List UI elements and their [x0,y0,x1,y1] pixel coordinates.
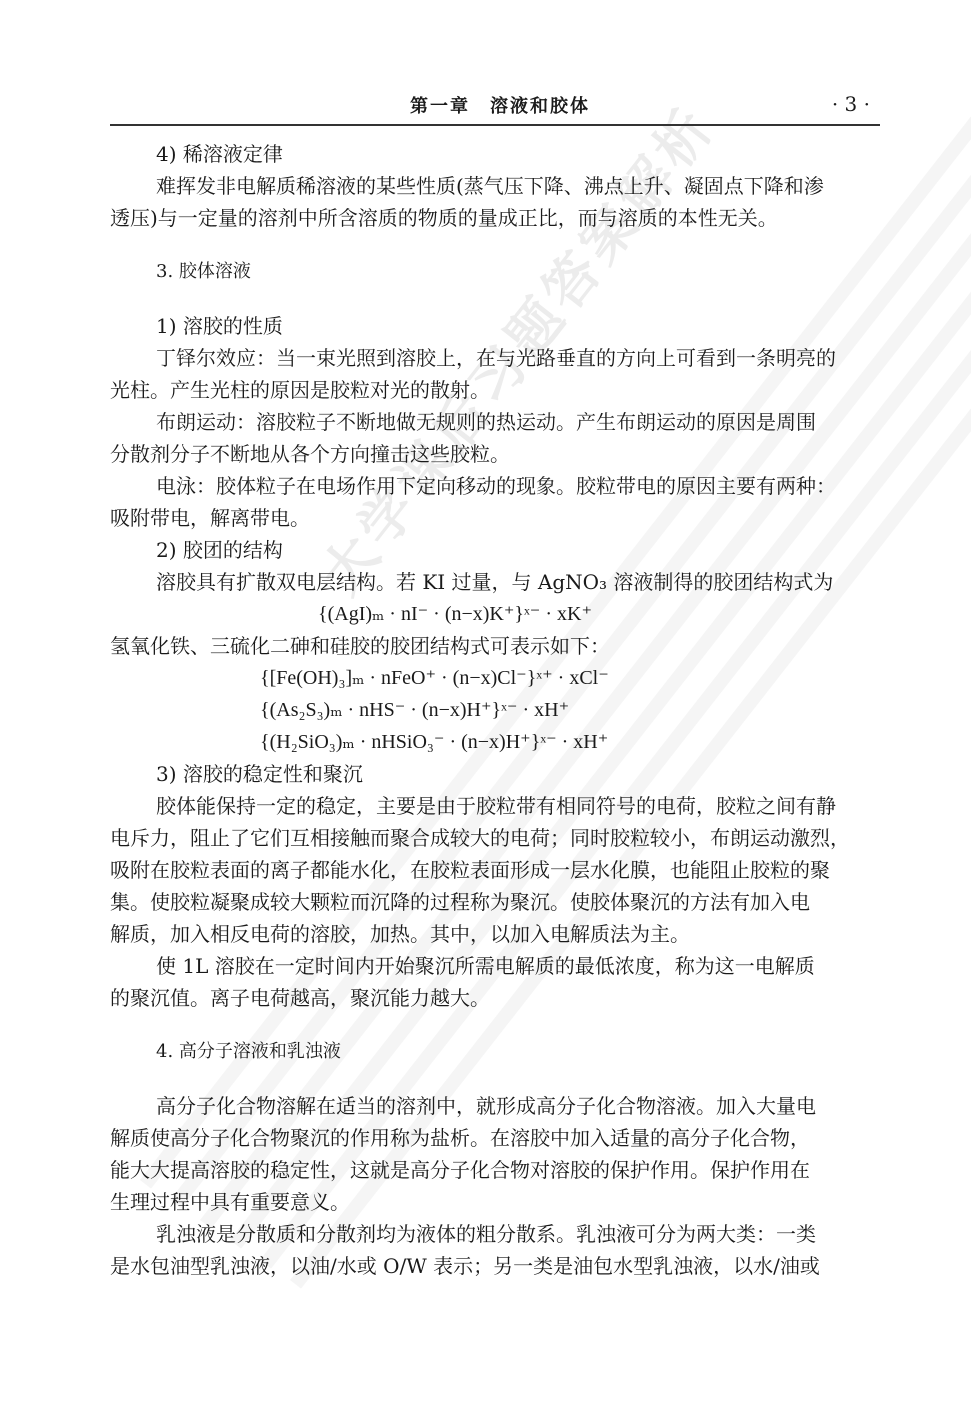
formula-agi: {(AgI)ₘ · nI⁻ · (n−x)K⁺}ˣ⁻ · xK⁺ [110,598,880,630]
paragraph-line: 能大大提高溶胶的稳定性，这就是高分子化合物对溶胶的保护作用。保护作用在 [110,1154,880,1186]
paragraph-line: 丁铎尔效应：当一束光照到溶胶上，在与光路垂直的方向上可看到一条明亮的 [110,342,880,374]
paragraph-line: 吸附在胶粒表面的离子都能水化，在胶粒表面形成一层水化膜，也能阻止胶粒的聚 [110,854,880,886]
section-heading: 3. 胶体溶液 [110,256,880,288]
chapter-title: 第一章 溶液和胶体 [410,92,590,118]
subheading: 1) 溶胶的性质 [110,310,880,342]
paragraph-line: 透压)与一定量的溶剂中所含溶质的物质的量成正比，而与溶质的本性无关。 [110,202,880,234]
paragraph-line: 电泳：胶体粒子在电场作用下定向移动的现象。胶粒带电的原因主要有两种： [110,470,880,502]
page-body: 4) 稀溶液定律 难挥发非电解质稀溶液的某些性质(蒸气压下降、沸点上升、凝固点下… [110,138,880,1282]
paragraph-line: 难挥发非电解质稀溶液的某些性质(蒸气压下降、沸点上升、凝固点下降和渗 [110,170,880,202]
paragraph-line: 吸附带电，解离带电。 [110,502,880,534]
page-number: · 3 · [832,92,870,116]
paragraph-line: 是水包油型乳浊液，以油/水或 O/W 表示；另一类是油包水型乳浊液，以水/油或 [110,1250,880,1282]
paragraph-line: 布朗运动：溶胶粒子不断地做无规则的热运动。产生布朗运动的原因是周围 [110,406,880,438]
paragraph-line: 生理过程中具有重要意义。 [110,1186,880,1218]
paragraph-line: 电斥力，阻止了它们互相接触而聚合成较大的电荷；同时胶粒较小，布朗运动激烈， [110,822,880,854]
paragraph-line: 使 1L 溶胶在一定时间内开始聚沉所需电解质的最低浓度，称为这一电解质 [110,950,880,982]
section-heading: 4. 高分子溶液和乳浊液 [110,1036,880,1068]
subheading: 4) 稀溶液定律 [110,138,880,170]
running-header: 第一章 溶液和胶体 · 3 · [110,88,880,126]
formula-h2sio3: {(H₂SiO₃)ₘ · nHSiO₃⁻ · (n−x)H⁺}ˣ⁻ · xH⁺ [110,726,880,758]
paragraph-line: 集。使胶粒凝聚成较大颗粒而沉降的过程称为聚沉。使胶体聚沉的方法有加入电 [110,886,880,918]
paragraph-line: 解质使高分子化合物聚沉的作用称为盐析。在溶胶中加入适量的高分子化合物， [110,1122,880,1154]
formula-feoh3: {[Fe(OH)₃]ₘ · nFeO⁺ · (n−x)Cl⁻}ˣ⁺ · xCl⁻ [110,662,880,694]
paragraph-line: 乳浊液是分散质和分散剂均为液体的粗分散系。乳浊液可分为两大类：一类 [110,1218,880,1250]
subheading: 3) 溶胶的稳定性和聚沉 [110,758,880,790]
paragraph-line: 解质，加入相反电荷的溶胶，加热。其中，以加入电解质法为主。 [110,918,880,950]
paragraph-line: 氢氧化铁、三硫化二砷和硅胶的胶团结构式可表示如下： [110,630,880,662]
paragraph-line: 胶体能保持一定的稳定，主要是由于胶粒带有相同符号的电荷，胶粒之间有静 [110,790,880,822]
formula-as2s3: {(As₂S₃)ₘ · nHS⁻ · (n−x)H⁺}ˣ⁻ · xH⁺ [110,694,880,726]
paragraph-line: 光柱。产生光柱的原因是胶粒对光的散射。 [110,374,880,406]
subheading: 2) 胶团的结构 [110,534,880,566]
paragraph-line: 溶胶具有扩散双电层结构。若 KI 过量，与 AgNO₃ 溶液制得的胶团结构式为 [110,566,880,598]
paragraph-line: 的聚沉值。离子电荷越高，聚沉能力越大。 [110,982,880,1014]
paragraph-line: 分散剂分子不断地从各个方向撞击这些胶粒。 [110,438,880,470]
paragraph-line: 高分子化合物溶解在适当的溶剂中，就形成高分子化合物溶液。加入大量电 [110,1090,880,1122]
